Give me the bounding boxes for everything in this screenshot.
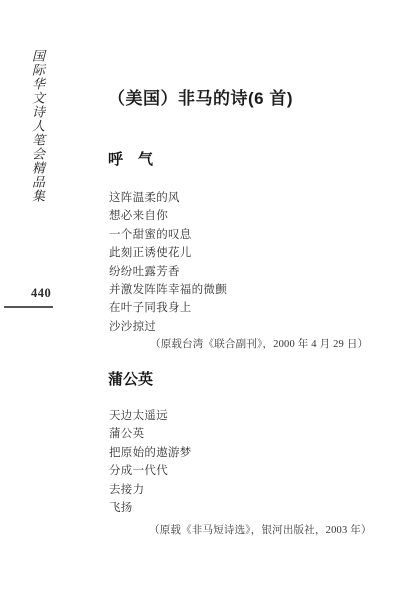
poem-line: 蒲公英: [109, 425, 192, 443]
poem-line: 这阵温柔的风: [109, 189, 227, 207]
book-page: 国际华文诗人笔会精品集 440 （美国）非马的诗(6 首) 呼 气 这阵温柔的风…: [0, 0, 420, 600]
poem-line: 飞扬: [109, 499, 192, 517]
page-number-rule: [4, 306, 53, 308]
poem-title-breath: 呼 气: [108, 151, 153, 169]
page-title: （美国）非马的诗(6 首): [108, 88, 293, 110]
poem-line: 沙沙掠过: [109, 318, 227, 336]
poem-title-dandelion: 蒲公英: [108, 371, 153, 389]
poem-line: 想必来自你: [109, 207, 227, 225]
page-number: 440: [31, 286, 51, 301]
poem-line: 并激发阵阵幸福的微颤: [109, 281, 227, 299]
poem-line: 天边太遥远: [109, 407, 192, 425]
poem-body-breath: 这阵温柔的风 想必来自你 一个甜蜜的叹息 此刻正诱使花儿 纷纷吐露芳香 并激发阵…: [109, 189, 227, 336]
poem-body-dandelion: 天边太遥远 蒲公英 把原始的遨游梦 分成一代代 去接力 飞扬: [109, 407, 192, 517]
poem-line: 分成一代代: [109, 462, 192, 480]
series-title-vertical: 国际华文诗人笔会精品集: [28, 49, 45, 219]
poem-line: 一个甜蜜的叹息: [109, 226, 227, 244]
poem-line: 去接力: [109, 481, 192, 499]
poem-attribution-breath: （原载台湾《联合副刊》，2000 年 4 月 29 日）: [150, 338, 368, 352]
poem-line: 纷纷吐露芳香: [109, 263, 227, 281]
poem-line: 此刻正诱使花儿: [109, 244, 227, 262]
poem-line: 在叶子同我身上: [109, 299, 227, 317]
poem-attribution-dandelion: （原载《非马短诗选》，银河出版社，2003 年）: [149, 524, 372, 538]
poem-line: 把原始的遨游梦: [109, 444, 192, 462]
